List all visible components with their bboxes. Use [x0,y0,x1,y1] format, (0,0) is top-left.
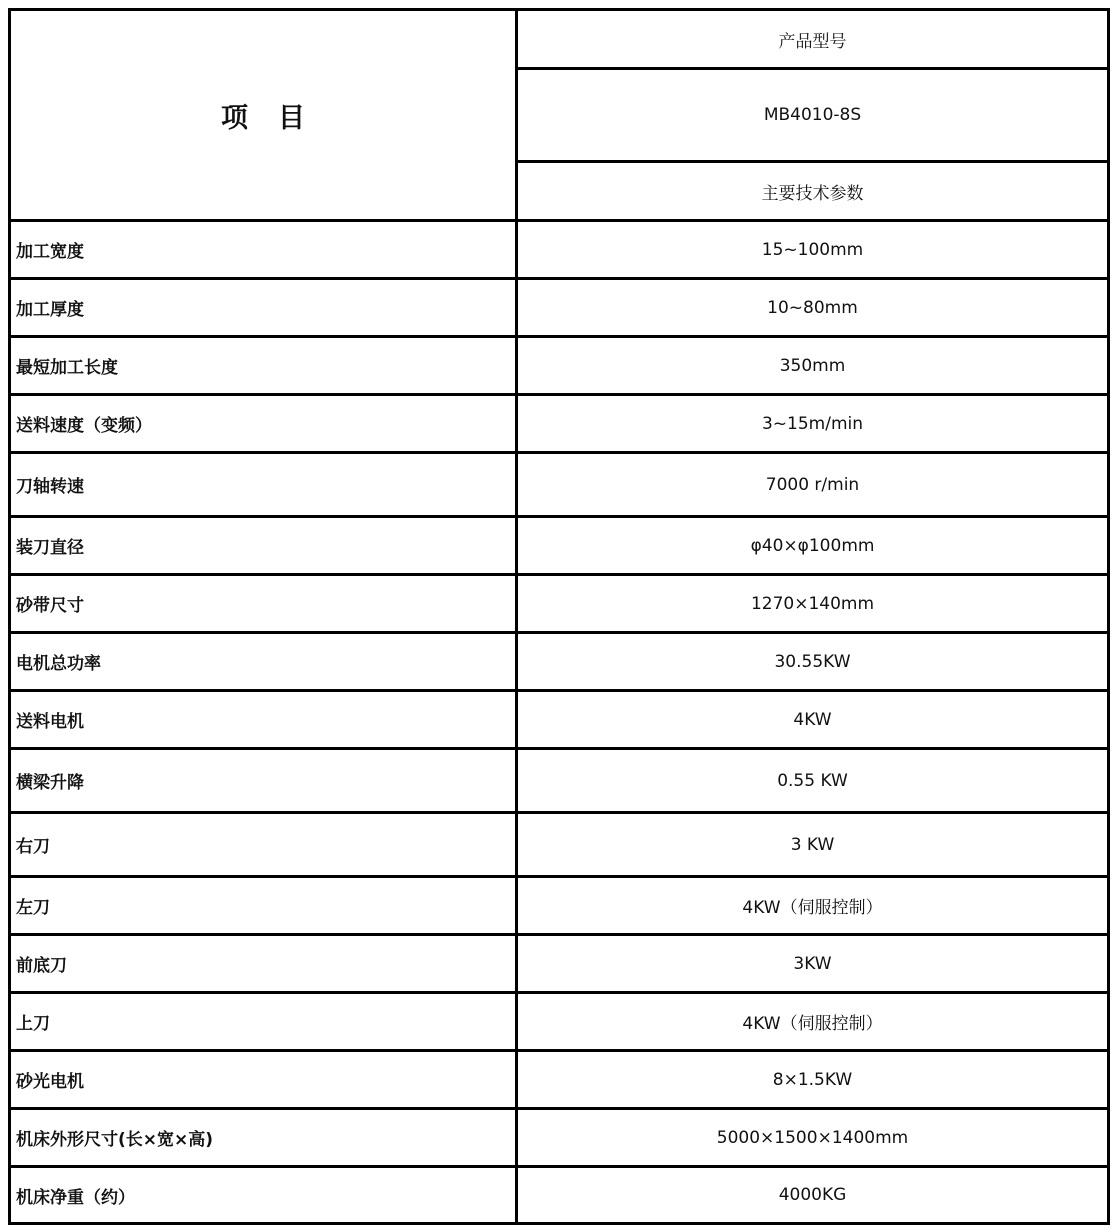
row-value: 10~80mm [517,279,1109,337]
item-header-char-1: 项 [221,103,248,134]
spec-table: 项目 产品型号 MB4010-8S 主要技术参数 加工宽度 15~100mm 加… [8,8,1110,1225]
table-row: 刀轴转速 7000 r/min [10,453,1109,517]
row-label: 上刀 [10,993,517,1051]
row-value: 4000KG [517,1167,1109,1224]
row-value: 4KW（伺服控制） [517,877,1109,935]
table-row: 左刀 4KW（伺服控制） [10,877,1109,935]
row-value: 4KW（伺服控制） [517,993,1109,1051]
row-value: 350mm [517,337,1109,395]
row-value: 5000×1500×1400mm [517,1109,1109,1167]
table-row: 机床净重（约） 4000KG [10,1167,1109,1224]
row-value: φ40×φ100mm [517,517,1109,575]
row-label: 机床净重（约） [10,1167,517,1224]
table-row: 电机总功率 30.55KW [10,633,1109,691]
table-row: 加工宽度 15~100mm [10,221,1109,279]
row-label: 横梁升降 [10,749,517,813]
row-label: 加工宽度 [10,221,517,279]
main-params-label: 主要技术参数 [517,162,1109,221]
row-label: 加工厚度 [10,279,517,337]
table-row: 上刀 4KW（伺服控制） [10,993,1109,1051]
row-label: 送料电机 [10,691,517,749]
row-label: 机床外形尺寸(长×宽×高) [10,1109,517,1167]
header-row-product-model: 项目 产品型号 [10,10,1109,69]
table-row: 砂光电机 8×1.5KW [10,1051,1109,1109]
row-label: 电机总功率 [10,633,517,691]
row-value: 15~100mm [517,221,1109,279]
row-label: 装刀直径 [10,517,517,575]
table-row: 前底刀 3KW [10,935,1109,993]
row-label: 最短加工长度 [10,337,517,395]
row-value: 3KW [517,935,1109,993]
table-row: 送料电机 4KW [10,691,1109,749]
row-value: 3~15m/min [517,395,1109,453]
row-value: 7000 r/min [517,453,1109,517]
model-value: MB4010-8S [517,69,1109,162]
row-value: 30.55KW [517,633,1109,691]
row-label: 砂带尺寸 [10,575,517,633]
row-label: 右刀 [10,813,517,877]
row-label: 刀轴转速 [10,453,517,517]
table-row: 机床外形尺寸(长×宽×高) 5000×1500×1400mm [10,1109,1109,1167]
table-row: 最短加工长度 350mm [10,337,1109,395]
item-header-cell: 项目 [10,10,517,221]
row-label: 砂光电机 [10,1051,517,1109]
row-value: 4KW [517,691,1109,749]
row-label: 前底刀 [10,935,517,993]
table-row: 横梁升降 0.55 KW [10,749,1109,813]
table-row: 砂带尺寸 1270×140mm [10,575,1109,633]
row-label: 送料速度（变频） [10,395,517,453]
table-row: 装刀直径 φ40×φ100mm [10,517,1109,575]
row-value: 8×1.5KW [517,1051,1109,1109]
table-row: 送料速度（变频） 3~15m/min [10,395,1109,453]
table-row: 加工厚度 10~80mm [10,279,1109,337]
table-row: 右刀 3 KW [10,813,1109,877]
row-value: 3 KW [517,813,1109,877]
row-label: 左刀 [10,877,517,935]
row-value: 0.55 KW [517,749,1109,813]
product-model-label: 产品型号 [517,10,1109,69]
row-value: 1270×140mm [517,575,1109,633]
item-header-char-2: 目 [278,103,305,134]
